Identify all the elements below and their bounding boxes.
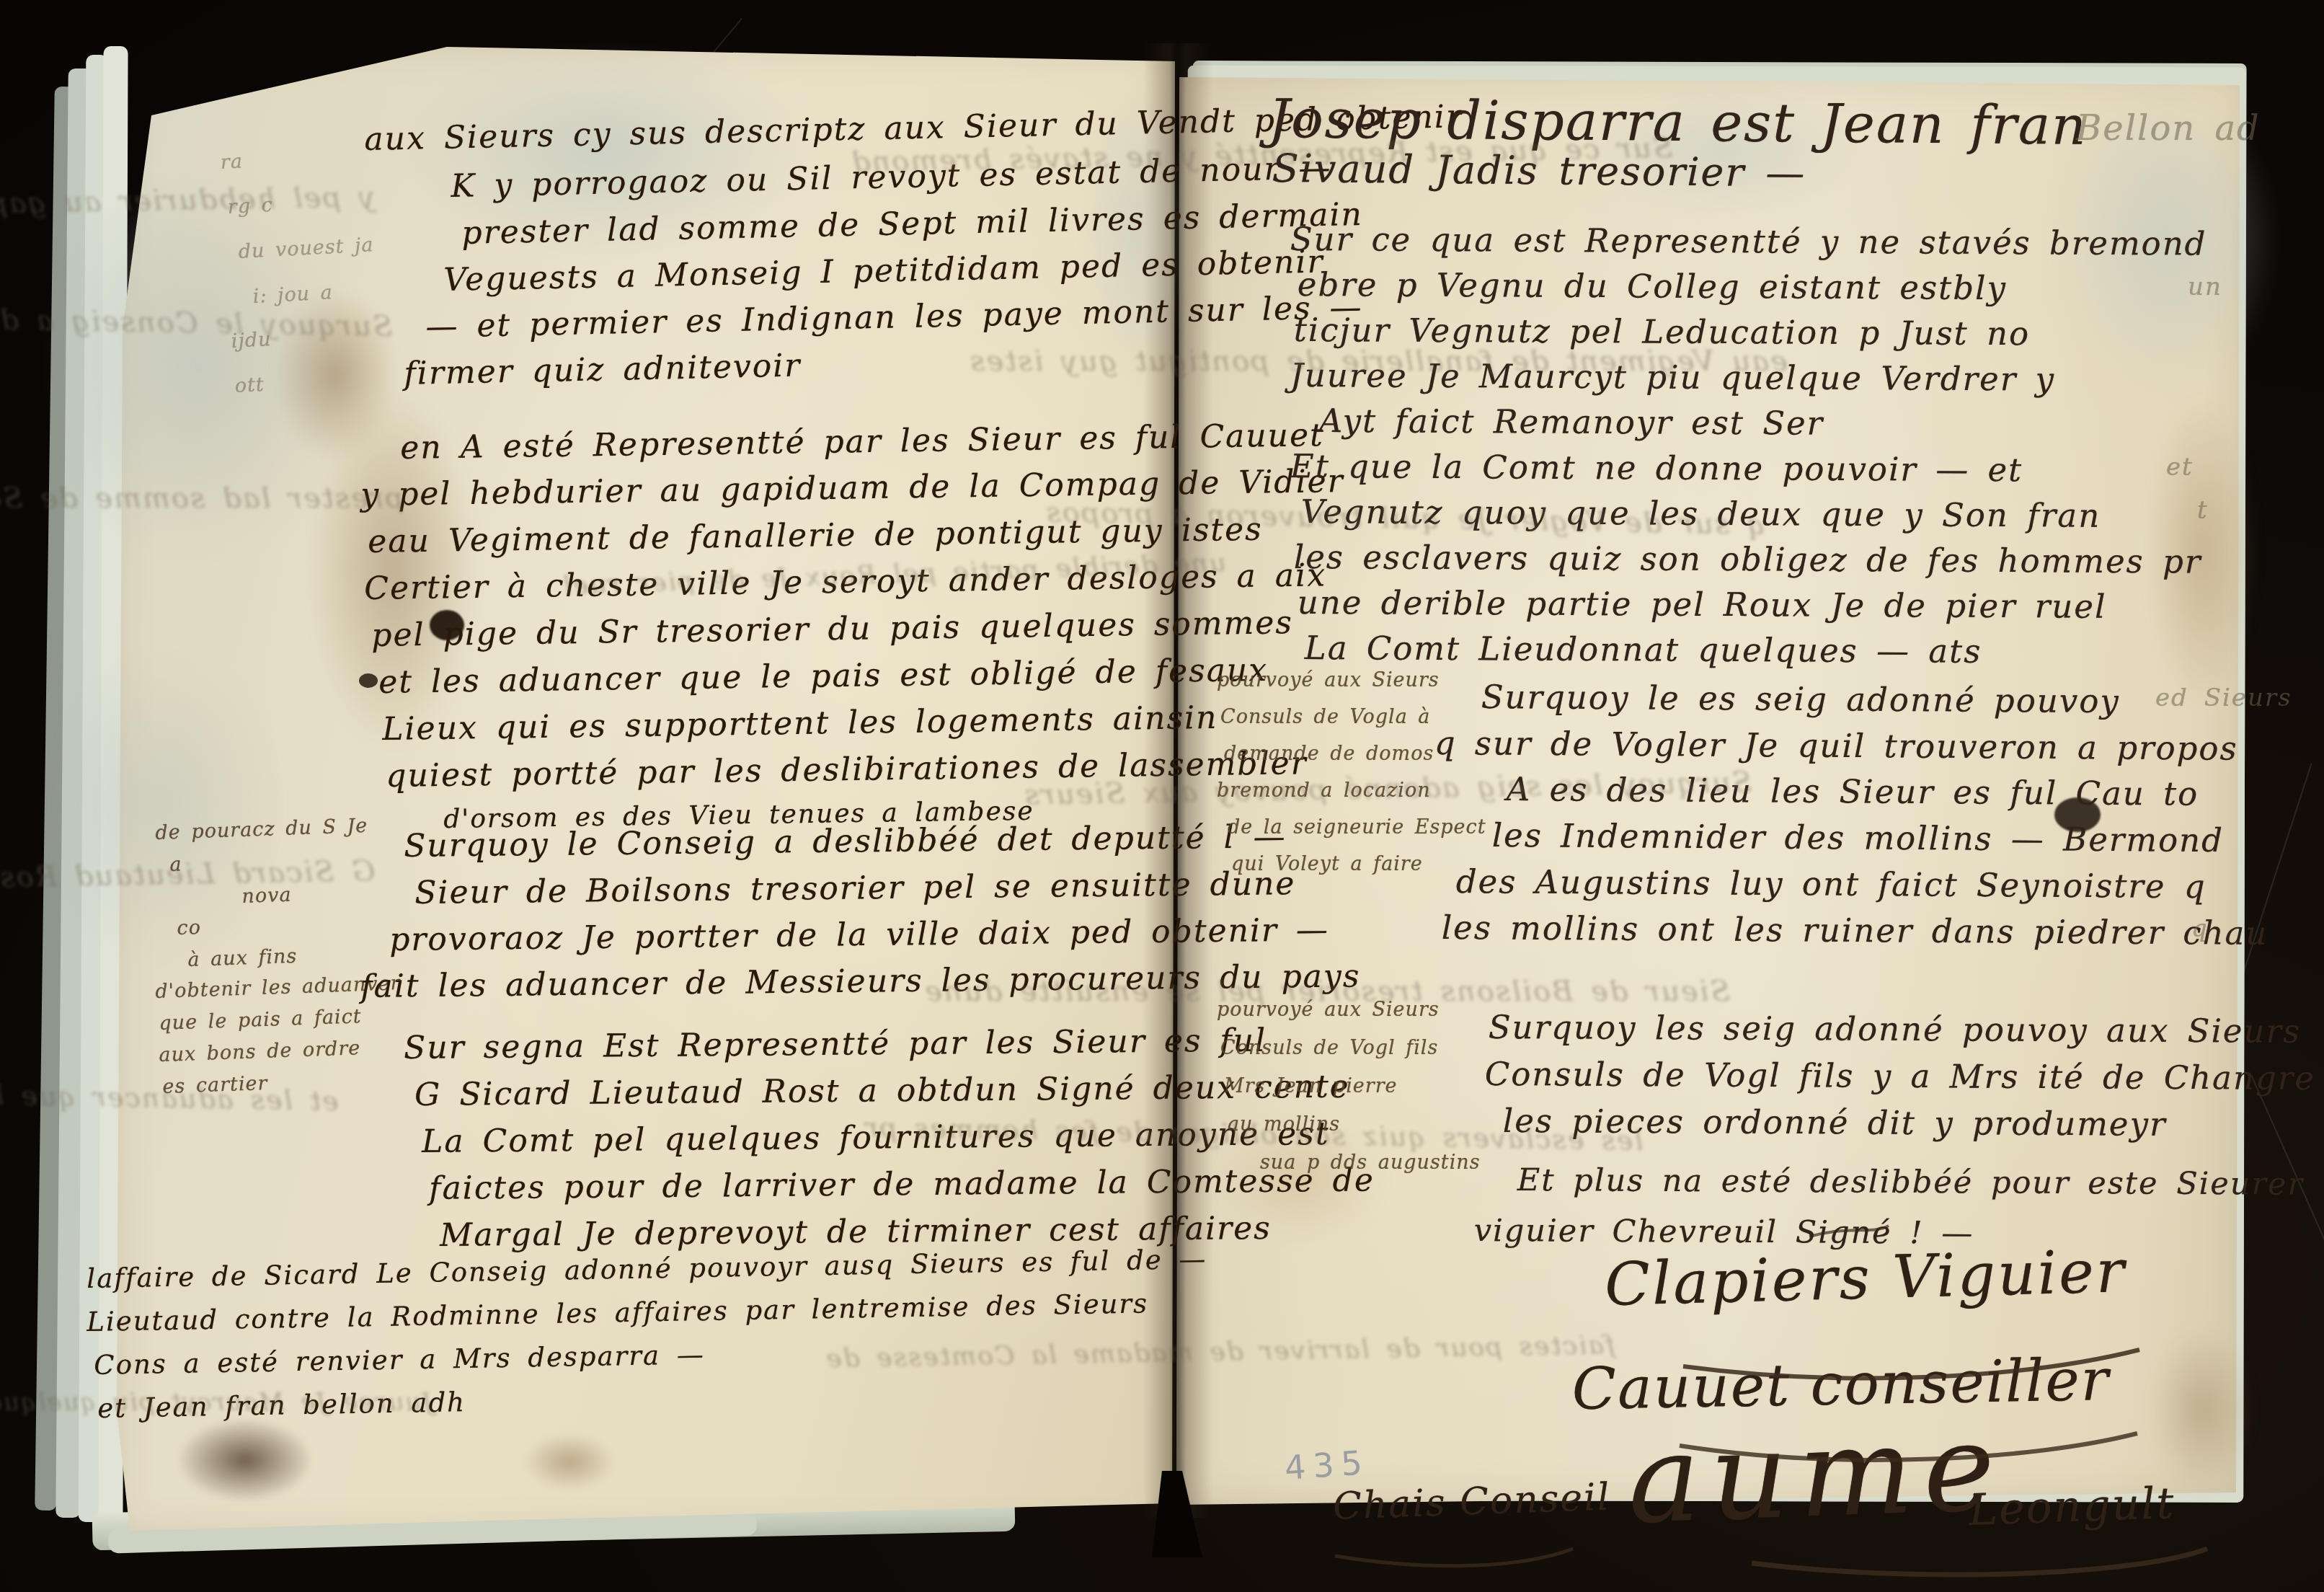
manuscript-line: les esclavers quiz son obligez de fes ho…: [1294, 538, 2202, 581]
manuscript-line: les Indemnider des mollins — Bermond: [1492, 816, 2224, 859]
edge-fragment: ed Sieurs: [2155, 684, 2292, 712]
edge-fragment: et: [2166, 453, 2194, 482]
signature-aume: aume: [1626, 1397, 2008, 1551]
signature-leongult: Leongult: [1968, 1478, 2176, 1536]
manuscript-line: Surquoy le es seig adonné pouvoy: [1481, 678, 2120, 720]
edge-fragment: t: [2197, 496, 2209, 525]
manuscript-line: Consuls de Vogl fils y a Mrs ité de Chan…: [1485, 1055, 2315, 1097]
edge-fragment: un: [2188, 273, 2222, 301]
manuscript-line: Et que la Comt ne donne pouvoir — et: [1290, 447, 2023, 489]
margin-note: Mrs Jean pierre: [1224, 1075, 1398, 1097]
manuscript-line: Ayt faict Remanoyr est Ser: [1319, 402, 1824, 443]
manuscript-line: Et plus na esté deslibbéé pour este Sieu…: [1517, 1162, 2305, 1203]
ink-blot: [359, 673, 378, 688]
margin-note: de la seigneurie Espect: [1228, 816, 1486, 839]
margin-note: à aux fins: [187, 945, 298, 971]
ghost-text-line: prester lad somme de Sept mil livres es …: [0, 482, 404, 515]
margin-note: sua p dds augustins: [1260, 1151, 1481, 1174]
margin-note: pourvoyé aux Sieurs: [1217, 669, 1440, 691]
margin-note: co: [177, 916, 201, 939]
margin-note: Consuls de Vogla à: [1220, 706, 1430, 728]
manuscript-line: viguier Chevreuil Signé ! —: [1474, 1213, 1974, 1252]
ghost-text-line: Sieur de Boilsons tresorier pel se ensui…: [923, 975, 1730, 1008]
manuscript-line: La Comt Lieudonnat quelques — ats: [1305, 629, 1982, 671]
margin-note: ott: [234, 373, 265, 397]
ghost-text-line: eau Vegiment de fanallerie de pontigut g…: [969, 345, 1788, 378]
ghost-text-line: Juuree Je Maurcyt piu quelque Verdrer y: [0, 1388, 433, 1417]
signature-chais-conseil: Chais Conseil: [1332, 1476, 1611, 1529]
pencil-folio-number: 435: [1283, 1443, 1370, 1487]
manuscript-line: Sur ce qua est Representté y ne stavés b…: [1290, 220, 2207, 263]
margin-note: qui Voleyt a faire: [1231, 853, 1423, 875]
manuscript-photo: 435 Clapiers Viguier Cauuet conseiller C…: [0, 0, 2324, 1592]
manuscript-line: ebre p Vegnu du Colleg eistant estbly: [1298, 265, 2007, 307]
manuscript-line: les mollins ont les ruiner dans piedrer …: [1442, 908, 2268, 952]
dust-scratch: [2250, 1075, 2324, 1247]
margin-note: demande de domos: [1224, 743, 1434, 765]
margin-note: i: jou a: [252, 281, 333, 308]
manuscript-line: des Augustins luy ont faict Seynoistre q: [1456, 862, 2207, 906]
edge-fragment: Bellon ad: [2076, 108, 2261, 149]
manuscript-line: une derible partie pel Roux Je de pier r…: [1298, 583, 2107, 626]
margin-note: Consuls de Vogl fils: [1220, 1037, 1438, 1059]
margin-note: ra: [220, 150, 244, 174]
manuscript-line: Surquoy les seig adonné pouvoy aux Sieur…: [1489, 1008, 2302, 1051]
manuscript-line: Sur segna Est Representté par les Sieur …: [404, 1022, 1267, 1066]
manuscript-line: q sur de Vogler Je quil trouveron a prop…: [1434, 724, 2238, 768]
edge-fragment: q: [2191, 914, 2209, 943]
